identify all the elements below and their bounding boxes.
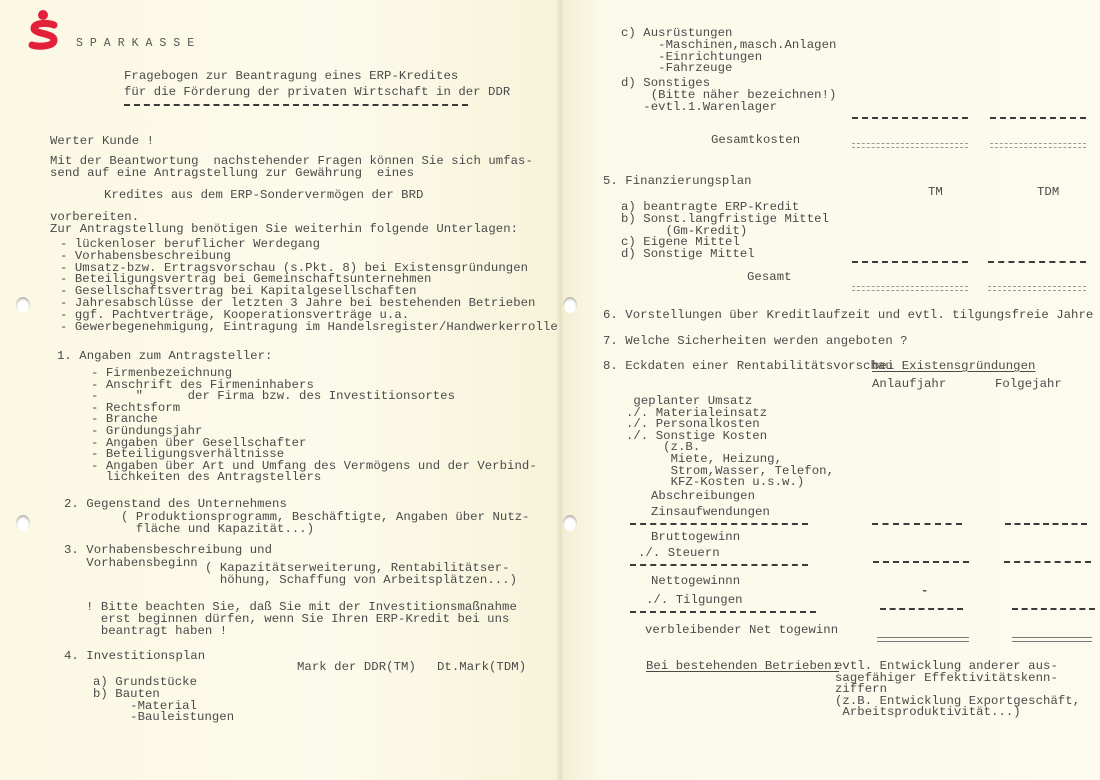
section6: 6. Vorstellungen über Kreditlaufzeit und… [603, 309, 1093, 322]
title-underline [124, 104, 468, 106]
brand-name: SPARKASSE [76, 37, 201, 50]
s8-line-2-year1 [873, 561, 969, 563]
section5-col-tm: TM [928, 186, 943, 199]
section2-detail-2: fläche und Kapazität...) [121, 523, 314, 536]
intro-line-2: send auf eine Antragstellung zur Gewähru… [50, 167, 414, 180]
section8-taxes: ./. Steuern [638, 547, 720, 560]
section8-net-profit: Nettogewinnn [651, 575, 740, 588]
salutation: Werter Kunde ! [50, 135, 154, 148]
notice-line-3: beantragt haben ! [86, 625, 227, 638]
documents-heading: Zur Antragstellung benötigen Sie weiterh… [50, 223, 518, 236]
section8-repayments: ./. Tilgungen [646, 594, 743, 607]
financing-item: d) Sonstige Mittel [621, 248, 755, 261]
investment-item: -evtl.1.Warenlager [621, 101, 777, 114]
s8-final-line-year2 [1012, 637, 1092, 642]
document-list-item: - Gewerbegenehmigung, Eintragung im Hand… [60, 321, 558, 334]
section8-interest: Zinsaufwendungen [651, 506, 770, 519]
title-line-2: für die Förderung der privaten Wirtschaf… [124, 86, 510, 99]
investment-item: -Fahrzeuge [621, 62, 732, 75]
s4-total-line-tdm [990, 143, 1086, 148]
section3-detail-2: höhung, Schaffung von Arbeitsplätzen...) [205, 574, 517, 587]
s4-subtotal-line-tdm [990, 117, 1086, 119]
section1-heading: 1. Angaben zum Antragsteller: [57, 350, 272, 363]
intro-center: Kredites aus dem ERP-Sondervermögen der … [104, 189, 423, 202]
s8-line-1-year1 [872, 523, 962, 525]
investment-item: -Bauleistungen [93, 711, 234, 724]
page-fold [556, 0, 564, 780]
existing-business-label: Bei bestehenden Betrieben: [646, 660, 839, 673]
section8-remaining: verbleibender Net togewinn [645, 624, 838, 637]
section8-col-year1: Anlaufjahr [872, 378, 946, 391]
s4-total-line-tm [852, 143, 968, 148]
section8-col-year2: Folgejahr [995, 378, 1062, 391]
s8-line-1-year2 [1005, 523, 1087, 525]
punch-hole-left-bottom [16, 515, 30, 531]
s8-line-1-label [630, 523, 808, 525]
s8-line-2-label [630, 564, 808, 566]
section5-col-tdm: TDM [1037, 186, 1059, 199]
s8-line-3-year2 [1012, 608, 1095, 610]
section4-col-tdm: Dt.Mark(TDM) [437, 661, 526, 674]
section2-heading: 2. Gegenstand des Unternehmens [64, 498, 287, 511]
section5-heading: 5. Finanzierungsplan [603, 175, 752, 188]
section3-heading-2: Vorhabensbeginn [64, 557, 198, 570]
existing-business-line: Arbeitsproduktivität...) [835, 706, 1021, 719]
title-line-1: Fragebogen zur Beantragung eines ERP-Kre… [124, 70, 458, 83]
s8-line-3-label [630, 611, 816, 613]
section8-heading-underlined: bei Existensgründungen [872, 360, 1035, 373]
section5-total-label: Gesamt [747, 271, 792, 284]
punch-hole-left-top [16, 297, 30, 313]
section3-heading-1: 3. Vorhabensbeschreibung und [64, 544, 272, 557]
applicant-info-item: lichkeiten des Antragstellers [91, 471, 321, 484]
s8-line-3-year1 [880, 608, 963, 610]
s8-final-line-year1 [877, 637, 969, 642]
s5-total-line-tdm [988, 286, 1086, 291]
section8-depreciation: Abschreibungen [651, 490, 755, 503]
s5-total-line-tm [852, 286, 968, 291]
s5-subtotal-line-tdm [988, 261, 1086, 263]
section8-dash-mark: - [921, 585, 928, 598]
section7: 7. Welche Sicherheiten werden angeboten … [603, 335, 908, 348]
s8-line-2-year2 [1004, 561, 1091, 563]
sparkasse-s-logo-icon [27, 6, 61, 52]
profitability-item: KFZ-Kosten u.s.w.) [626, 476, 804, 489]
section4-col-tm: Mark der DDR(TM) [297, 661, 416, 674]
section8-gross-profit: Bruttogewinn [651, 531, 740, 544]
section4-total-label: Gesamtkosten [711, 134, 800, 147]
s4-subtotal-line-tm [852, 117, 968, 119]
s5-subtotal-line-tm [852, 261, 968, 263]
punch-hole-right-top [563, 297, 577, 313]
punch-hole-right-bottom [563, 515, 577, 531]
section4-heading: 4. Investitionsplan [64, 650, 205, 663]
section8-heading: 8. Eckdaten einer Rentabilitätsvorschau [603, 360, 893, 373]
